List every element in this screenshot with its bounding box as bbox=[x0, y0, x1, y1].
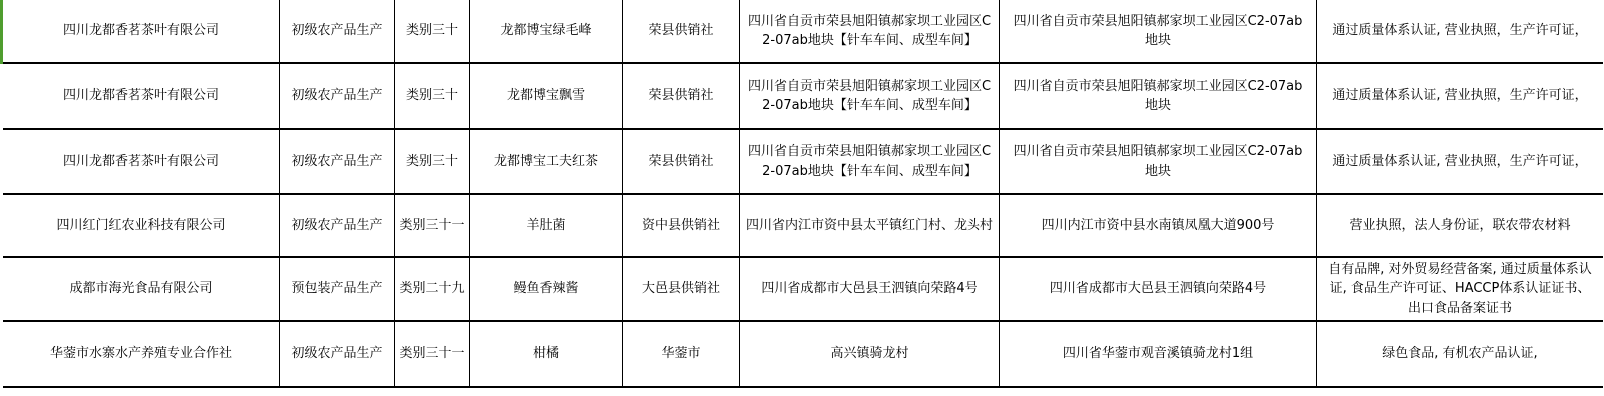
cell-certifications: 自有品牌, 对外贸易经营备案, 通过质量体系认证, 食品生产许可证、HACCP体… bbox=[1317, 258, 1603, 320]
cell-registered-address: 四川省自贡市荣县旭阳镇郝家坝工业园区C2-07ab地块 bbox=[1000, 130, 1317, 193]
supplier-table: 四川龙都香茗茶叶有限公司 初级农产品生产 类别三十 龙都博宝绿毛峰 荣县供销社 … bbox=[3, 0, 1603, 388]
cell-company: 四川红门红农业科技有限公司 bbox=[3, 195, 280, 256]
cell-category: 类别三十 bbox=[395, 130, 470, 193]
cell-category: 类别三十 bbox=[395, 64, 470, 128]
cell-company: 四川龙都香茗茶叶有限公司 bbox=[3, 130, 280, 193]
cell-product: 龙都博宝飘雪 bbox=[470, 64, 623, 128]
cell-certifications: 通过质量体系认证, 营业执照，生产许可证， bbox=[1317, 130, 1603, 193]
cell-category: 类别三十一 bbox=[395, 195, 470, 256]
cell-cooperative: 资中县供销社 bbox=[623, 195, 740, 256]
cell-registered-address: 四川省自贡市荣县旭阳镇郝家坝工业园区C2-07ab地块 bbox=[1000, 0, 1317, 62]
cell-product: 羊肚菌 bbox=[470, 195, 623, 256]
cell-product: 龙都博宝工夫红茶 bbox=[470, 130, 623, 193]
cell-production-address: 四川省成都市大邑县王泗镇向荣路4号 bbox=[740, 258, 1000, 320]
cell-product: 鳗鱼香辣酱 bbox=[470, 258, 623, 320]
cell-production-type: 初级农产品生产 bbox=[280, 130, 395, 193]
cell-certifications: 营业执照，法人身份证，联农带农材料 bbox=[1317, 195, 1603, 256]
cell-category: 类别三十 bbox=[395, 0, 470, 62]
cell-cooperative: 荣县供销社 bbox=[623, 130, 740, 193]
cell-product: 柑橘 bbox=[470, 322, 623, 386]
cell-company: 四川龙都香茗茶叶有限公司 bbox=[3, 64, 280, 128]
cell-company: 四川龙都香茗茶叶有限公司 bbox=[3, 0, 280, 62]
cell-company: 成都市海光食品有限公司 bbox=[3, 258, 280, 320]
cell-registered-address: 四川省华蓥市观音溪镇骑龙村1组 bbox=[1000, 322, 1317, 386]
green-edge-marker bbox=[0, 0, 3, 64]
cell-company: 华蓥市水寨水产养殖专业合作社 bbox=[3, 322, 280, 386]
cell-certifications: 通过质量体系认证, 营业执照，生产许可证， bbox=[1317, 64, 1603, 128]
cell-production-type: 初级农产品生产 bbox=[280, 64, 395, 128]
cell-production-address: 四川省自贡市荣县旭阳镇郝家坝工业园区C2-07ab地块【针车车间、成型车间】 bbox=[740, 64, 1000, 128]
table-row: 四川龙都香茗茶叶有限公司 初级农产品生产 类别三十 龙都博宝绿毛峰 荣县供销社 … bbox=[3, 0, 1603, 64]
table-row: 四川龙都香茗茶叶有限公司 初级农产品生产 类别三十 龙都博宝飘雪 荣县供销社 四… bbox=[3, 64, 1603, 130]
cell-production-type: 初级农产品生产 bbox=[280, 0, 395, 62]
cell-production-type: 初级农产品生产 bbox=[280, 195, 395, 256]
cell-certifications: 通过质量体系认证, 营业执照，生产许可证， bbox=[1317, 0, 1603, 62]
cell-production-address: 高兴镇骑龙村 bbox=[740, 322, 1000, 386]
table-row: 四川龙都香茗茶叶有限公司 初级农产品生产 类别三十 龙都博宝工夫红茶 荣县供销社… bbox=[3, 130, 1603, 195]
table-row: 四川红门红农业科技有限公司 初级农产品生产 类别三十一 羊肚菌 资中县供销社 四… bbox=[3, 195, 1603, 258]
cell-certifications: 绿色食品, 有机农产品认证, bbox=[1317, 322, 1603, 386]
cell-category: 类别二十九 bbox=[395, 258, 470, 320]
table-row: 华蓥市水寨水产养殖专业合作社 初级农产品生产 类别三十一 柑橘 华蓥市 高兴镇骑… bbox=[3, 322, 1603, 388]
cell-production-address: 四川省自贡市荣县旭阳镇郝家坝工业园区C2-07ab地块【针车车间、成型车间】 bbox=[740, 0, 1000, 62]
cell-registered-address: 四川省自贡市荣县旭阳镇郝家坝工业园区C2-07ab地块 bbox=[1000, 64, 1317, 128]
cell-production-address: 四川省内江市资中县太平镇红门村、龙头村 bbox=[740, 195, 1000, 256]
cell-registered-address: 四川省成都市大邑县王泗镇向荣路4号 bbox=[1000, 258, 1317, 320]
cell-production-type: 预包装产品生产 bbox=[280, 258, 395, 320]
cell-cooperative: 华蓥市 bbox=[623, 322, 740, 386]
cell-product: 龙都博宝绿毛峰 bbox=[470, 0, 623, 62]
cell-cooperative: 大邑县供销社 bbox=[623, 258, 740, 320]
cell-registered-address: 四川内江市资中县水南镇凤凰大道900号 bbox=[1000, 195, 1317, 256]
cell-production-type: 初级农产品生产 bbox=[280, 322, 395, 386]
cell-production-address: 四川省自贡市荣县旭阳镇郝家坝工业园区C2-07ab地块【针车车间、成型车间】 bbox=[740, 130, 1000, 193]
cell-cooperative: 荣县供销社 bbox=[623, 64, 740, 128]
cell-cooperative: 荣县供销社 bbox=[623, 0, 740, 62]
table-row: 成都市海光食品有限公司 预包装产品生产 类别二十九 鳗鱼香辣酱 大邑县供销社 四… bbox=[3, 258, 1603, 322]
cell-category: 类别三十一 bbox=[395, 322, 470, 386]
